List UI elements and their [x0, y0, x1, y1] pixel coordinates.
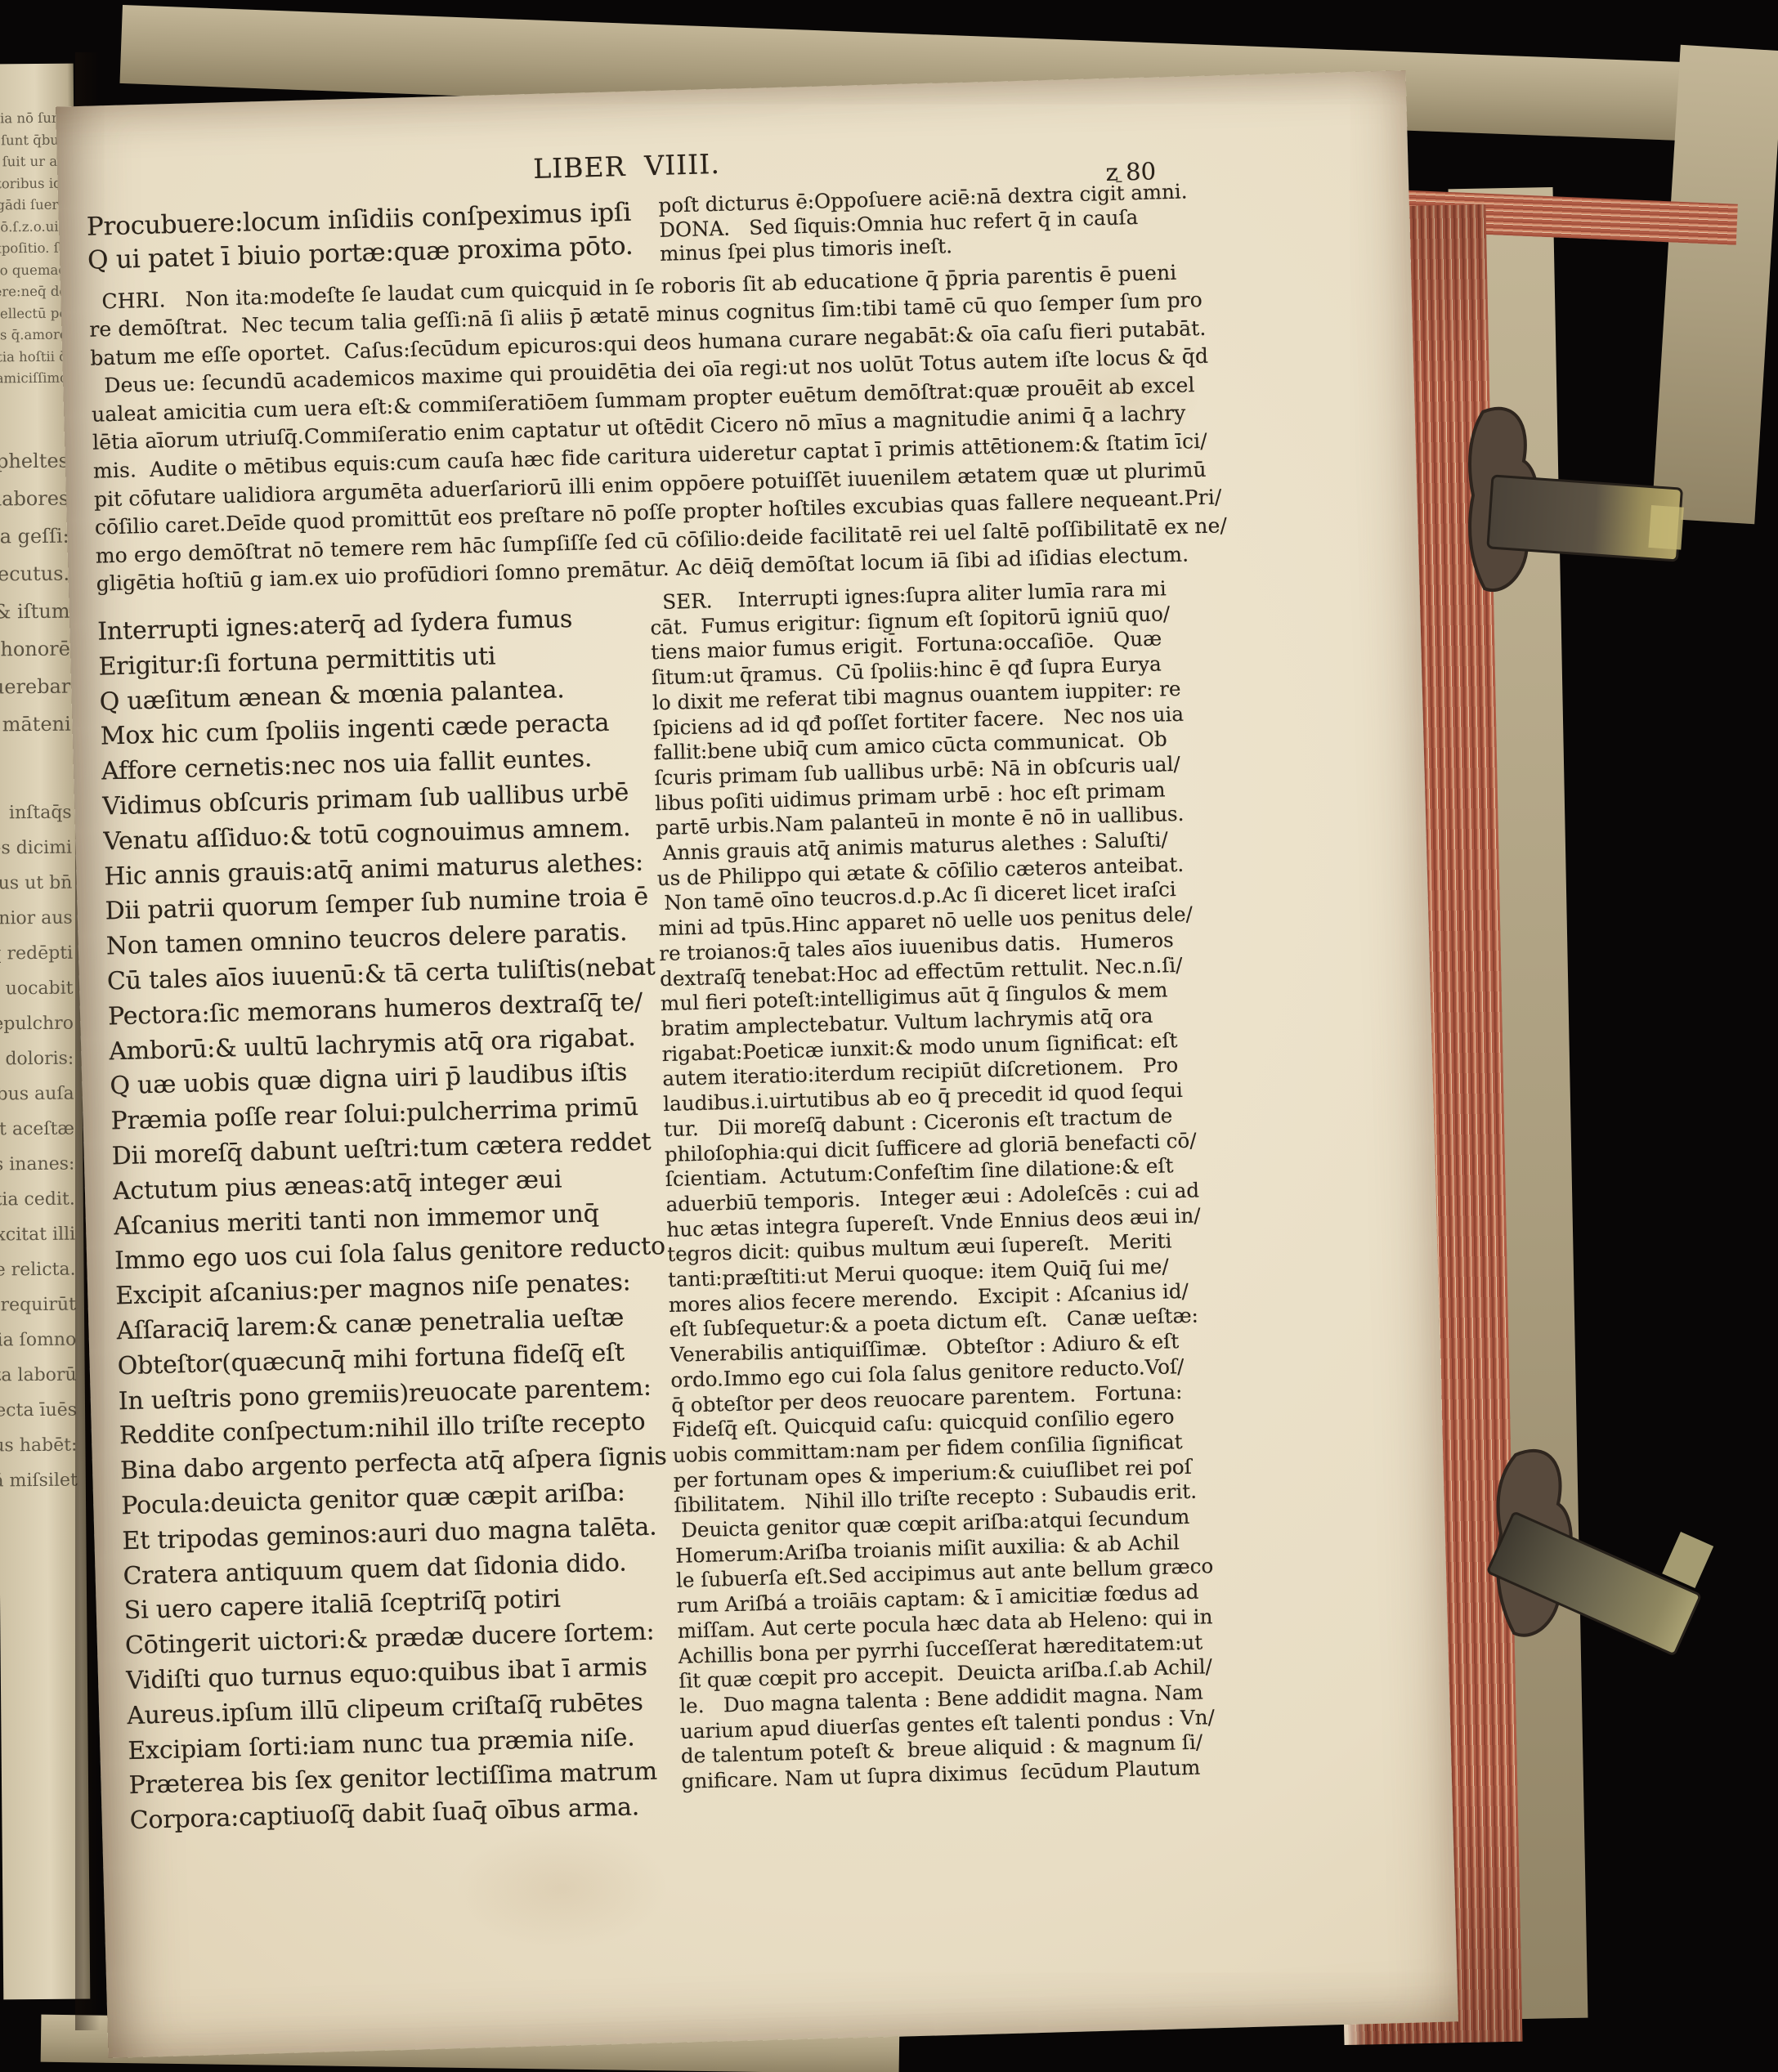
fragment-gap [0, 389, 69, 443]
facing-text-fragment: animalia ſomno [0, 1322, 76, 1358]
facing-text-fragment: māteni [0, 705, 71, 744]
running-head: LIBER VIIII. z 80 [84, 105, 1236, 178]
commentary-paragraph: CHRI. Non ita:modeſte ſe laudat cum quic… [88, 257, 1246, 598]
facing-text-fragment: nectis inanes: [0, 1146, 75, 1183]
page-content: LIBER VIIII. z 80 Procubuere:locum inſid… [84, 105, 1281, 1839]
facing-text-fragment: aſſuetus opheltes [0, 441, 69, 481]
upper-clasp [1445, 397, 1715, 651]
facing-fragments-large: aſſuetus opheltesmiaq̄ laboresdia geſſi:… [0, 441, 71, 744]
folio-number: z 80 [1105, 157, 1156, 186]
book-photograph: tum cū mœnia nō ſuntnaculæria ſunt q̄bus… [0, 0, 1778, 2072]
lower-clasp [1462, 1416, 1740, 1710]
facing-text-fragment: meq̄ ſepulchro [0, 1005, 74, 1042]
facing-text-fragment: ſim cauſa doloris: [0, 1040, 74, 1077]
facing-text-fragment: or: & iſtum [0, 592, 70, 631]
facing-text-fragment: mi:& delecta īuēs [0, 1392, 77, 1429]
two-column-section: Interrupti ignes:aterq̄ ad ſydera fumusE… [97, 580, 1281, 1839]
gloss-opening-lines: poſt dicturus ē:Oppoſuere aciē:nā dextra… [658, 178, 1235, 266]
facing-text-fragment: ſententia cedit. [0, 1181, 75, 1218]
facing-text-fragment: ia coceat nectoribus idi [0, 172, 66, 196]
facing-text-fragment: ma ē & ſupra ītellectū po [0, 302, 67, 326]
facing-text-fragment: capiat caſus ut bn̄ [0, 865, 73, 902]
facing-text-fragment: ō ſī ad ſomnia uocabit [0, 970, 74, 1007]
facing-fragments-lower: inſtaq̄suides dicimicapiat caſus ut bn̄u… [0, 794, 78, 1499]
facing-text-fragment: oblita laborū [0, 1357, 77, 1394]
facing-text-fragment: uita dignior aus [0, 900, 73, 937]
facing-text-fragment: atio ē ab amiciſſimo [0, 368, 68, 392]
facing-text-fragment: imat Seruii expoſitio. ſa [0, 238, 67, 262]
facing-text-fragment: regemq̄ requirūt [0, 1287, 76, 1323]
facing-text-fragment: magna pecioq̄ redēpti [0, 935, 73, 972]
facing-text-fragment: certis rebus delegādi ſuerā [0, 195, 66, 218]
verse-opening-lines: Procubuere:locum inſidiis conſpeximus ip… [86, 195, 660, 281]
facing-text-fragment: dia geſſi: [0, 517, 69, 556]
page-title: LIBER VIIII. [533, 148, 721, 185]
book-page: LIBER VIIII. z 80 Procubuere:locum inſid… [56, 70, 1458, 2058]
fragment-gap [0, 742, 71, 796]
verse-column: Interrupti ignes:aterq̄ ad ſydera fumusE… [97, 595, 683, 1839]
clasp-strap-tip [1648, 505, 1684, 550]
facing-text-fragment: uerebar [0, 667, 71, 706]
facing-text-fragment: matribus auſa [0, 1076, 74, 1112]
facing-text-fragment: miaq̄ labores [0, 479, 69, 518]
facing-text-fragment: us corpus creſcere:neq̄ de [0, 281, 67, 305]
facing-text-fragment: mul excitat illi [0, 1216, 75, 1253]
commentary-column: SER. Interrupti ignes:ſupra aliter lumīa… [649, 575, 1274, 1824]
facing-text-fragment: ſtatione relicta. [0, 1251, 76, 1288]
facing-text-fragment: ō ſemiamus ergo quemad [0, 259, 67, 283]
clasp-strap-tip [1662, 1532, 1713, 1588]
facing-text-fragment: inſtaq̄s [0, 794, 72, 831]
facing-text-fragment: uides dicimi [0, 830, 72, 866]
facing-text-fragment: ēdi negligētia hoſtii q̄ [0, 346, 68, 369]
page-stain [454, 1824, 670, 1952]
facing-text-fragment: ni de rebus habēt: [0, 1427, 78, 1464]
facing-text-fragment: amer iā miſsilet [0, 1462, 78, 1499]
facing-text-fragment: deo ē. Cernis q̄.amore [0, 324, 68, 348]
facing-text-fragment: fata uīa ſecutus. [0, 554, 69, 593]
facing-text-fragment: prudēria. Nō.ſ.z.o.uia [0, 216, 67, 239]
facing-text-fragment: mœnia curat aceſtæ [0, 1111, 74, 1148]
facing-text-fragment: dis honorē [0, 629, 70, 669]
